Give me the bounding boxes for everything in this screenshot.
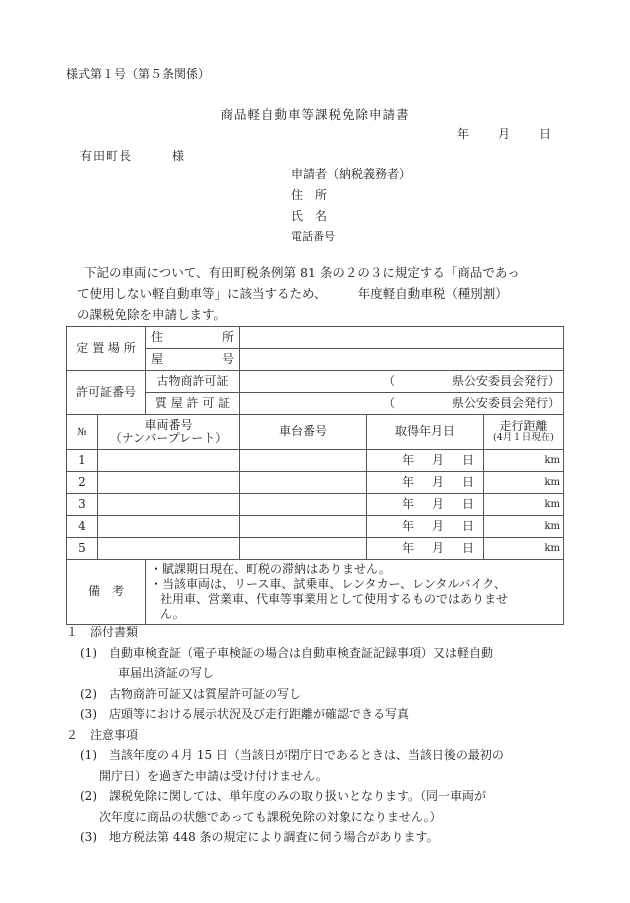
request-line-2: て使用しない軽自動車等」に該当するため、 年度軽自動車税（種別割） xyxy=(66,283,566,304)
honorific: 様 xyxy=(172,150,184,162)
form-number: 様式第１号（第５条関係） xyxy=(66,68,210,80)
row-number: 5 xyxy=(67,538,98,560)
chassis-field[interactable] xyxy=(240,538,367,560)
applicant-address-label: 住 所 xyxy=(291,189,327,201)
distance-field[interactable]: km xyxy=(484,472,564,494)
chassis-field[interactable] xyxy=(240,472,367,494)
request-line-3: の課税免除を申請します。 xyxy=(66,304,566,325)
vehicle-row: 4 年月日 km xyxy=(67,516,564,538)
caution-heading: ２ 注意事項 xyxy=(66,725,576,746)
vehicle-row: 3 年月日 km xyxy=(67,494,564,516)
document-title: 商品軽自動車等課税免除申請書 xyxy=(0,109,630,122)
row-number: 4 xyxy=(67,516,98,538)
plate-field[interactable] xyxy=(98,538,240,560)
plate-field[interactable] xyxy=(98,450,240,472)
date-day-label: 日 xyxy=(539,128,551,140)
plate-field[interactable] xyxy=(98,516,240,538)
acquired-date-field[interactable]: 年月日 xyxy=(367,538,484,560)
vehicle-row: 5 年月日 km xyxy=(67,538,564,560)
pawn-permit-label: 質 屋 許 可 証 xyxy=(146,393,240,415)
acquired-date-field[interactable]: 年月日 xyxy=(367,472,484,494)
distance-field[interactable]: km xyxy=(484,538,564,560)
attachment-2: (2) 古物商許可証又は質屋許可証の写し xyxy=(66,684,576,705)
row-number: 2 xyxy=(67,472,98,494)
shop-name-label: 屋号 xyxy=(146,349,240,371)
col-header-distance: 走行距離(4月１日現在) xyxy=(484,415,564,450)
chassis-field[interactable] xyxy=(240,450,367,472)
date-year-label: 年 xyxy=(457,128,469,140)
chassis-field[interactable] xyxy=(240,516,367,538)
application-table: 定 置 場 所 住所 屋号 許可証番号 古物商許可証 （県公安委員会発行） 質 … xyxy=(66,326,564,625)
antique-permit-label: 古物商許可証 xyxy=(146,371,240,393)
addressee: 有田町長 xyxy=(80,150,132,162)
vehicle-row: 1 年月日 km xyxy=(67,450,564,472)
location-label: 定 置 場 所 xyxy=(67,327,146,371)
antique-permit-field[interactable]: （県公安委員会発行） xyxy=(240,371,564,393)
attachment-1: (1) 自動車検査証（電子車検証の場合は自動車検査証記録事項）又は軽自動 xyxy=(66,643,576,664)
request-paragraph: 下記の車両について、有田町税条例第 81 条の２の３に規定する「商品であっ て使… xyxy=(66,262,566,325)
distance-field[interactable]: km xyxy=(484,450,564,472)
applicant-label: 申請者（納税義務者） xyxy=(291,168,411,180)
applicant-name-label: 氏 名 xyxy=(291,210,327,222)
acquired-date-field[interactable]: 年月日 xyxy=(367,494,484,516)
plate-field[interactable] xyxy=(98,494,240,516)
attachment-3: (3) 店頭等における展示状況及び走行距離が確認できる写真 xyxy=(66,704,576,725)
distance-field[interactable]: km xyxy=(484,494,564,516)
col-header-acquired: 取得年月日 xyxy=(367,415,484,450)
acquired-date-field[interactable]: 年月日 xyxy=(367,516,484,538)
applicant-phone-label: 電話番号 xyxy=(291,231,335,242)
notes-section: １ 添付書類 (1) 自動車検査証（電子車検証の場合は自動車検査証記録事項）又は… xyxy=(66,622,576,848)
caution-2: (2) 課税免除に関しては、単年度のみの取り扱いとなります。（同一車両が xyxy=(66,786,576,807)
permit-number-label: 許可証番号 xyxy=(67,371,146,415)
vehicle-row: 2 年月日 km xyxy=(67,472,564,494)
chassis-field[interactable] xyxy=(240,494,367,516)
caution-1: (1) 当該年度の４月 15 日（当該日が閉庁日であるときは、当該日後の最初の xyxy=(66,745,576,766)
attachments-heading: １ 添付書類 xyxy=(66,622,576,643)
shop-name-field[interactable] xyxy=(240,349,564,371)
address-label: 住所 xyxy=(146,327,240,349)
pawn-permit-field[interactable]: （県公安委員会発行） xyxy=(240,393,564,415)
location-address-field[interactable] xyxy=(240,327,564,349)
row-number: 1 xyxy=(67,450,98,472)
acquired-date-field[interactable]: 年月日 xyxy=(367,450,484,472)
col-header-chassis: 車台番号 xyxy=(240,415,367,450)
remarks-label: 備 考 xyxy=(67,560,146,625)
remarks-content: ・賦課期日現在、町税の滞納はありません。 ・当該車両は、リース車、試乗車、レンタ… xyxy=(146,560,564,625)
caution-3: (3) 地方税法第 448 条の規定により調査に伺う場合があります。 xyxy=(66,827,576,848)
distance-field[interactable]: km xyxy=(484,516,564,538)
plate-field[interactable] xyxy=(98,472,240,494)
row-number: 3 xyxy=(67,494,98,516)
request-line-1: 下記の車両について、有田町税条例第 81 条の２の３に規定する「商品であっ xyxy=(66,262,566,283)
col-header-no: № xyxy=(67,415,98,450)
date-month-label: 月 xyxy=(498,128,510,140)
col-header-plate: 車両番号（ナンバープレート） xyxy=(98,415,240,450)
